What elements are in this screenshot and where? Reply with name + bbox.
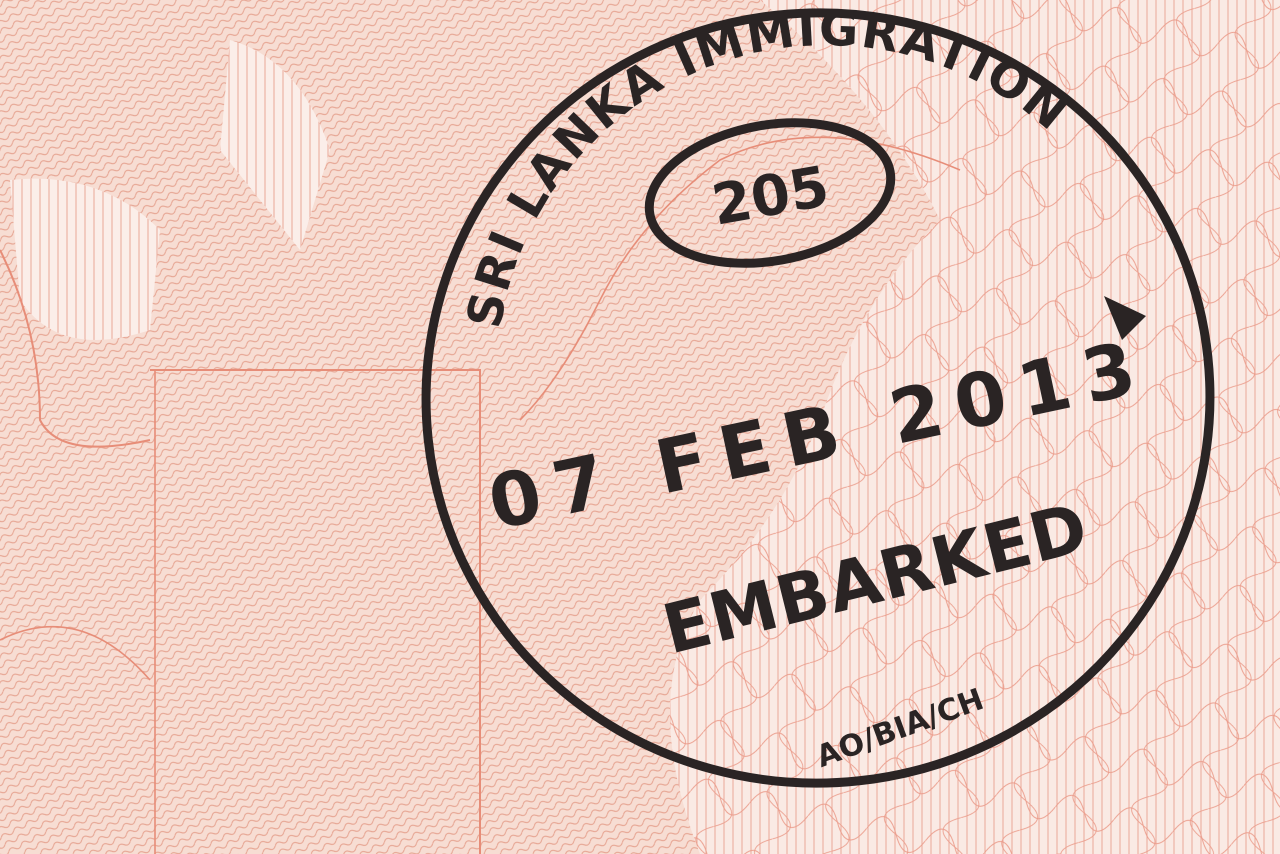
passport-page: SRI LANKA IMMIGRATION 205 07 FEB 2013 EM… xyxy=(0,0,1280,854)
stamp-status: EMBARKED xyxy=(656,489,1097,671)
stamp-code: AO/BIA/CH xyxy=(812,682,988,775)
counter-oval: 205 xyxy=(638,105,902,281)
counter-number: 205 xyxy=(707,154,833,238)
immigration-stamp: SRI LANKA IMMIGRATION 205 07 FEB 2013 EM… xyxy=(0,0,1280,854)
